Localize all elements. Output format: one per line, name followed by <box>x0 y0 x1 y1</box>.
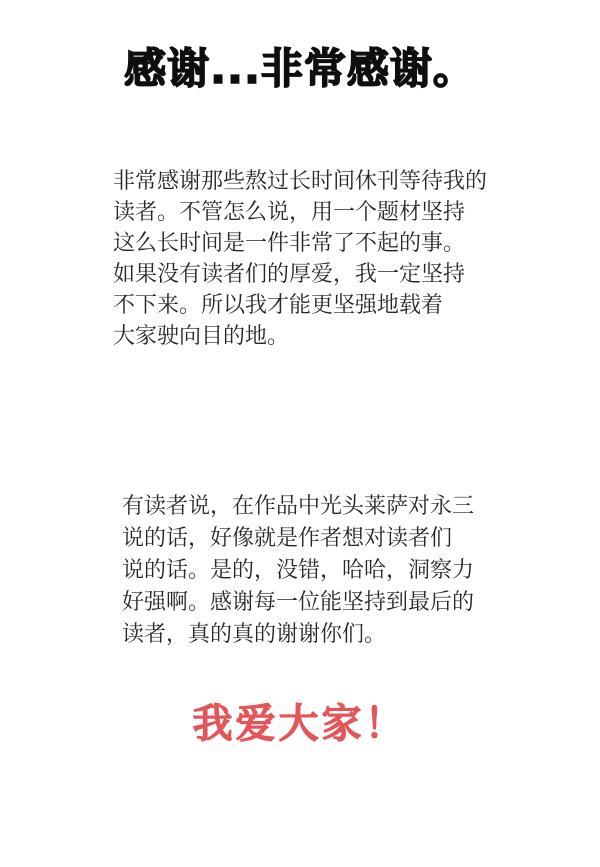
paragraph-line: 这么长时间是一件非常了不起的事。 <box>113 228 487 259</box>
paragraph-line: 有读者说，在作品中光头莱萨对永三 <box>122 491 474 523</box>
paragraph-line: 读者，真的真的谢谢你们。 <box>122 619 474 651</box>
paragraph-line: 非常感谢那些熬过长时间休刊等待我的 <box>113 166 487 197</box>
paragraph-line: 说的话，好像就是作者想对读者们 <box>122 523 474 555</box>
love-message: 我爱大家！ <box>0 692 600 749</box>
afterword-page: 感谢...非常感谢。 非常感谢那些熬过长时间休刊等待我的 读者。不管怎么说，用一… <box>0 0 600 867</box>
paragraph-line: 读者。不管怎么说，用一个题材坚持 <box>113 197 487 228</box>
paragraph-line: 不下来。所以我才能更坚强地载着 <box>113 290 487 321</box>
paragraph-thanks: 非常感谢那些熬过长时间休刊等待我的 读者。不管怎么说，用一个题材坚持 这么长时间… <box>113 166 487 352</box>
page-title: 感谢...非常感谢。 <box>0 36 600 96</box>
paragraph-line: 如果没有读者们的厚爱，我一定坚持 <box>113 259 487 290</box>
paragraph-line: 好强啊。感谢每一位能坚持到最后的 <box>122 587 474 619</box>
paragraph-line: 大家驶向目的地。 <box>113 321 487 352</box>
paragraph-readers: 有读者说，在作品中光头莱萨对永三 说的话，好像就是作者想对读者们 说的话。是的，… <box>122 491 474 651</box>
paragraph-line: 说的话。是的，没错，哈哈，洞察力 <box>122 555 474 587</box>
